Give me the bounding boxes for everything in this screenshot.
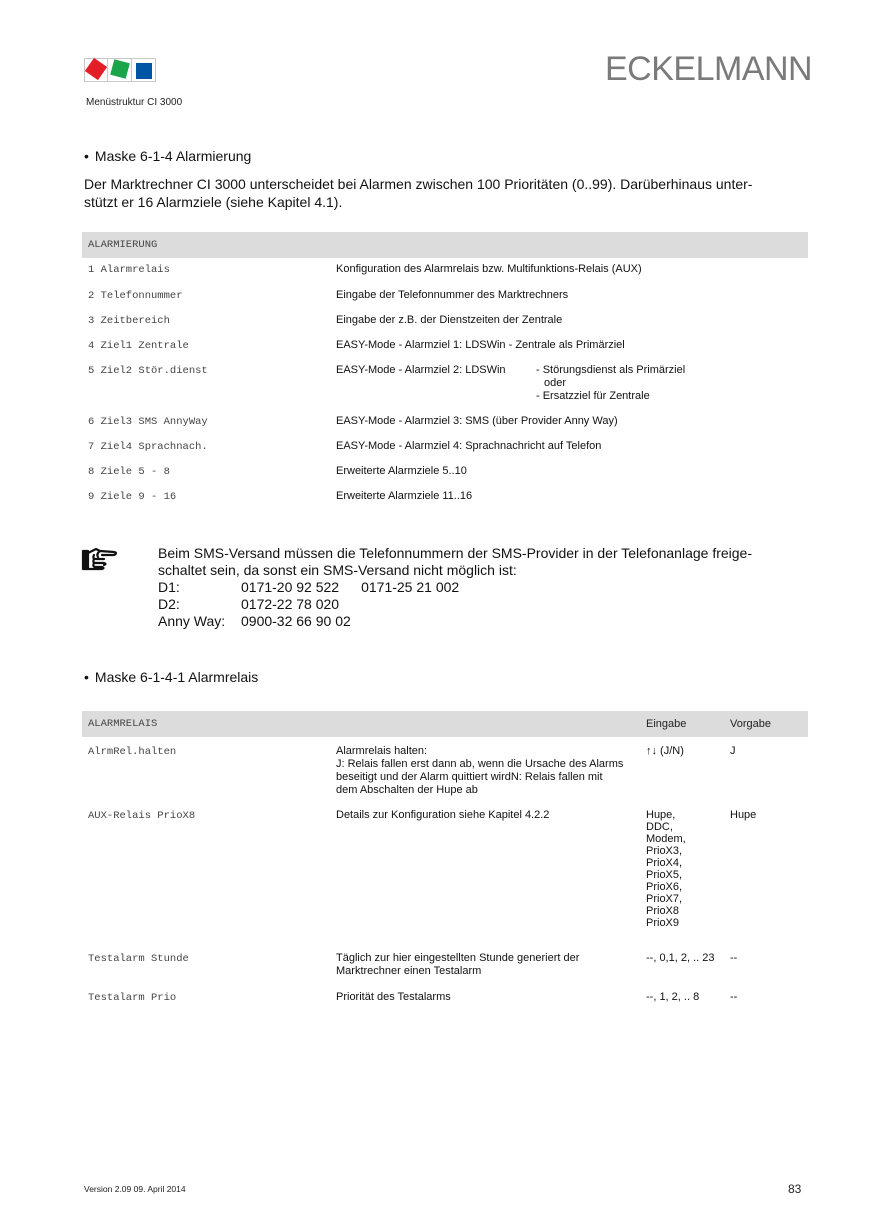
column-header-input: Eingabe <box>646 718 686 730</box>
section-heading-alarmrelais: •Maske 6-1-4-1 Alarmrelais <box>84 669 258 685</box>
default-value: -- <box>730 952 737 965</box>
description-line: Details zur Konfiguration siehe Kapitel … <box>336 809 549 822</box>
description-line: - Störungsdienst als Primärziel <box>536 364 685 377</box>
phone-number: 0900-32 66 90 02 <box>241 613 351 630</box>
pointing-hand-icon <box>80 545 126 575</box>
description-line: dem Abschalten der Hupe ab <box>336 784 623 797</box>
input-option: Modem, <box>646 833 686 845</box>
default-value: -- <box>730 991 737 1004</box>
provider-label: D2: <box>158 596 241 613</box>
parameter-name: Testalarm Prio <box>88 992 176 1004</box>
input-options: Hupe,DDC,Modem,PrioX3,PrioX4,PrioX5,Prio… <box>646 809 686 929</box>
table-row: 4 Ziel1 ZentraleEASY-Mode - Alarmziel 1:… <box>88 339 808 355</box>
description-line: oder <box>536 377 685 390</box>
provider-label: Anny Way: <box>158 613 241 630</box>
input-option: --, 1, 2, .. 8 <box>646 991 699 1003</box>
parameter-name: AUX-Relais PrioX8 <box>88 810 195 822</box>
menu-item: 9 Ziele 9 - 16 <box>88 491 176 503</box>
paragraph-line: Der Marktrechner CI 3000 unterscheidet b… <box>84 175 804 193</box>
parameter-name: Testalarm Stunde <box>88 953 189 965</box>
parameter-description: Details zur Konfiguration siehe Kapitel … <box>336 809 549 822</box>
bullet: • <box>84 148 89 164</box>
table-row: 9 Ziele 9 - 16Erweiterte Alarmziele 11..… <box>88 490 808 506</box>
table-row: 2 TelefonnummerEingabe der Telefonnummer… <box>88 289 808 305</box>
table-row: 3 ZeitbereichEingabe der z.B. der Dienst… <box>88 314 808 330</box>
menu-item: 4 Ziel1 Zentrale <box>88 340 189 352</box>
menu-item-description: Erweiterte Alarmziele 11..16 <box>336 490 472 503</box>
brand-name: ECKELMANN <box>605 50 812 89</box>
description-line: Priorität des Testalarms <box>336 991 451 1004</box>
section-heading-alarmierung: •Maske 6-1-4 Alarmierung <box>84 148 251 164</box>
input-option: DDC, <box>646 821 686 833</box>
input-options: --, 0,1, 2, .. 23 <box>646 952 714 964</box>
input-option: PrioX5, <box>646 869 686 881</box>
input-options: ↑↓ (J/N) <box>646 745 684 757</box>
input-options: --, 1, 2, .. 8 <box>646 991 699 1003</box>
menu-item: 2 Telefonnummer <box>88 290 183 302</box>
note-line: Beim SMS-Versand müssen die Telefonnumme… <box>158 545 808 562</box>
input-option: PrioX9 <box>646 917 686 929</box>
menu-item-description: Erweiterte Alarmziele 5..10 <box>336 465 467 478</box>
parameter-description: Alarmrelais halten:J: Relais fallen erst… <box>336 745 623 797</box>
section-title: Maske 6-1-4-1 Alarmrelais <box>95 669 258 685</box>
alarmrelais-table: ALARMRELAIS Eingabe Vorgabe <box>82 711 808 737</box>
parameter-description: Priorität des Testalarms <box>336 991 451 1004</box>
table-title: ALARMRELAIS <box>88 718 157 730</box>
page-number: 83 <box>788 1182 801 1196</box>
phone-number: 0171-20 92 522 <box>241 579 339 596</box>
menu-item: 7 Ziel4 Sprachnach. <box>88 441 208 453</box>
menu-item-description: EASY-Mode - Alarmziel 3: SMS (über Provi… <box>336 415 618 428</box>
description-line: Alarmrelais halten: <box>336 745 623 758</box>
description-line: beseitigt und der Alarm quittiert wirdN:… <box>336 771 623 784</box>
input-option: --, 0,1, 2, .. 23 <box>646 952 714 964</box>
description-line: Täglich zur hier eingestellten Stunde ge… <box>336 952 579 965</box>
input-option: PrioX7, <box>646 893 686 905</box>
phone-number: 0171-25 21 002 <box>361 579 459 596</box>
input-option: PrioX3, <box>646 845 686 857</box>
menu-item-description: EASY-Mode - Alarmziel 2: LDSWin <box>336 364 506 377</box>
provider-row-annyway: Anny Way: 0900-32 66 90 02 <box>158 613 808 630</box>
menu-item-description: Konfiguration des Alarmrelais bzw. Multi… <box>336 263 642 276</box>
input-option: PrioX4, <box>646 857 686 869</box>
eckelmann-logo <box>84 58 156 82</box>
menu-item: 1 Alarmrelais <box>88 264 170 276</box>
input-option: ↑↓ (J/N) <box>646 745 684 757</box>
alarmierung-table: ALARMIERUNG <box>82 232 808 258</box>
blue-square-icon <box>136 63 152 79</box>
parameter-name: AlrmRel.halten <box>88 746 176 758</box>
table-row: 8 Ziele 5 - 8Erweiterte Alarmziele 5..10 <box>88 465 808 481</box>
input-option: PrioX6, <box>646 881 686 893</box>
table-row: 1 AlarmrelaisKonfiguration des Alarmrela… <box>88 263 808 279</box>
default-value: J <box>730 745 736 758</box>
parameter-description: Täglich zur hier eingestellten Stunde ge… <box>336 952 579 978</box>
description-line: - Ersatzziel für Zentrale <box>536 390 685 403</box>
table-row: 6 Ziel3 SMS AnnyWayEASY-Mode - Alarmziel… <box>88 415 808 431</box>
table-header: ALARMRELAIS Eingabe Vorgabe <box>82 711 808 737</box>
phone-number: 0172-22 78 020 <box>241 596 339 613</box>
default-value: Hupe <box>730 809 756 822</box>
table-row: 7 Ziel4 Sprachnach.EASY-Mode - Alarmziel… <box>88 440 808 456</box>
footer-version: Version 2.09 09. April 2014 <box>84 1184 186 1194</box>
document-subtitle: Menüstruktur CI 3000 <box>86 97 182 108</box>
input-option: PrioX8 <box>646 905 686 917</box>
table-header: ALARMIERUNG <box>82 232 808 258</box>
menu-item: 8 Ziele 5 - 8 <box>88 466 170 478</box>
menu-item-description: Eingabe der Telefonnummer des Marktrechn… <box>336 289 568 302</box>
intro-paragraph: Der Marktrechner CI 3000 unterscheidet b… <box>84 175 804 211</box>
green-diamond-icon <box>111 59 131 79</box>
menu-item: 5 Ziel2 Stör.dienst <box>88 365 208 377</box>
sms-note: Beim SMS-Versand müssen die Telefonnumme… <box>158 545 808 630</box>
paragraph-line: stützt er 16 Alarmziele (siehe Kapitel 4… <box>84 193 804 211</box>
bullet: • <box>84 669 89 685</box>
input-option: Hupe, <box>646 809 686 821</box>
table-row: 5 Ziel2 Stör.dienstEASY-Mode - Alarmziel… <box>88 364 808 380</box>
column-header-default: Vorgabe <box>730 718 771 730</box>
menu-item-description: Eingabe der z.B. der Dienstzeiten der Ze… <box>336 314 562 327</box>
section-title: Maske 6-1-4 Alarmierung <box>95 148 251 164</box>
description-detail: - Störungsdienst als Primärzieloder- Ers… <box>536 364 685 403</box>
provider-row-d2: D2: 0172-22 78 020 <box>158 596 808 613</box>
menu-item-description: EASY-Mode - Alarmziel 1: LDSWin - Zentra… <box>336 339 625 352</box>
note-line: schaltet sein, da sonst ein SMS-Versand … <box>158 562 808 579</box>
red-diamond-icon <box>85 58 107 80</box>
description-line: Marktrechner einen Testalarm <box>336 965 579 978</box>
description-line: J: Relais fallen erst dann ab, wenn die … <box>336 758 623 771</box>
menu-item-description: EASY-Mode - Alarmziel 4: Sprachnachricht… <box>336 440 601 453</box>
menu-item: 3 Zeitbereich <box>88 315 170 327</box>
provider-row-d1: D1: 0171-20 92 522 0171-25 21 002 <box>158 579 808 596</box>
provider-label: D1: <box>158 579 241 596</box>
menu-item: 6 Ziel3 SMS AnnyWay <box>88 416 208 428</box>
